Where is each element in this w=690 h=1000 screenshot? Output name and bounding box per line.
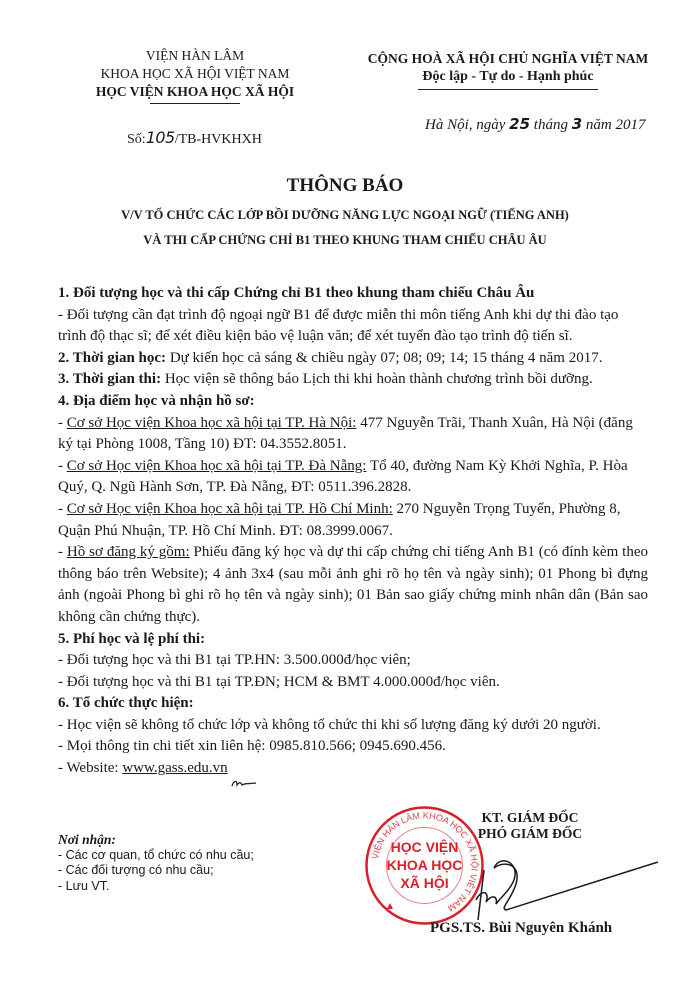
section-3: 3. Thời gian thi: Học viện sẽ thông báo … xyxy=(58,369,648,391)
doc-number-suffix: /TB-HVKHXH xyxy=(175,132,262,147)
doc-number-value: 105 xyxy=(146,128,175,147)
motto-divider xyxy=(418,89,598,90)
date-day: 25 xyxy=(509,115,530,133)
date-year: năm 2017 xyxy=(586,117,646,133)
document-title: THÔNG BÁO xyxy=(0,175,690,197)
contact-info: - Mọi thông tin chi tiết xin liên hệ: 09… xyxy=(58,736,648,758)
document-number: Số:105/TB-HVKHXH xyxy=(127,128,262,148)
issuing-agency-header: VIỆN HÀN LÂM KHOA HỌC XÃ HỘI VIỆT NAM HỌ… xyxy=(70,47,320,104)
section-3-text: Học viện sẽ thông báo Lịch thi khi hoàn … xyxy=(161,371,593,387)
fee-other: - Đối tượng học và thi B1 tại TP.ĐN; HCM… xyxy=(58,672,648,694)
section-2: 2. Thời gian học: Dự kiến học cả sáng & … xyxy=(58,348,648,370)
section-4-heading: 4. Địa điểm học và nhận hồ sơ: xyxy=(58,391,648,413)
website-line: - Website: www.gass.edu.vn xyxy=(58,758,648,780)
section-1-text: - Đối tượng cần đạt trình độ ngoại ngữ B… xyxy=(58,305,648,348)
location-danang: - Cơ sở Học viện Khoa học xã hội tại TP.… xyxy=(58,456,648,499)
date-line: Hà Nội, ngày 25 tháng 3 năm 2017 xyxy=(425,115,646,134)
signature-title-line-2: PHÓ GIÁM ĐỐC xyxy=(430,826,630,842)
section-2-heading: 2. Thời gian học: xyxy=(58,350,166,366)
signer-name: PGS.TS. Bùi Nguyên Khánh xyxy=(430,920,612,937)
website-label: - Website: xyxy=(58,760,122,776)
section-6-heading: 6. Tổ chức thực hiện: xyxy=(58,693,648,715)
agency-divider xyxy=(150,103,240,104)
section-1-heading: 1. Đối tượng học và thi cấp Chứng chỉ B1… xyxy=(58,283,648,305)
national-motto: Độc lập - Tự do - Hạnh phúc xyxy=(358,68,658,86)
implementation-note: - Học viện sẽ không tổ chức lớp và không… xyxy=(58,715,648,737)
date-month-label: tháng xyxy=(534,117,568,133)
location-hanoi: - Cơ sở Học viện Khoa học xã hội tại TP.… xyxy=(58,413,648,456)
document-body: 1. Đối tượng học và thi cấp Chứng chỉ B1… xyxy=(58,283,648,780)
recipients-block: Nơi nhận: - Các cơ quan, tổ chức có nhu … xyxy=(58,832,254,894)
location-hcm: - Cơ sở Học viện Khoa học xã hội tại TP.… xyxy=(58,499,648,542)
location-danang-label: Cơ sở Học viện Khoa học xã hội tại TP. Đ… xyxy=(67,458,367,474)
recipient-item: - Lưu VT. xyxy=(58,879,254,895)
initials-scribble-icon xyxy=(230,777,258,789)
national-header: CỘNG HOÀ XÃ HỘI CHỦ NGHĨA VIỆT NAM Độc l… xyxy=(358,50,658,90)
agency-line-1: VIỆN HÀN LÂM xyxy=(70,47,320,65)
location-hcm-label: Cơ sở Học viện Khoa học xã hội tại TP. H… xyxy=(67,501,393,517)
svg-text:XÃ HỘI: XÃ HỘI xyxy=(400,874,448,891)
national-title: CỘNG HOÀ XÃ HỘI CHỦ NGHĨA VIỆT NAM xyxy=(358,50,658,68)
svg-text:KHOA HỌC: KHOA HỌC xyxy=(387,857,463,873)
recipient-item: - Các đối tượng có nhu cầu; xyxy=(58,863,254,879)
recipient-item: - Các cơ quan, tổ chức có nhu cầu; xyxy=(58,848,254,864)
agency-line-2: KHOA HỌC XÃ HỘI VIỆT NAM xyxy=(70,65,320,83)
recipients-heading: Nơi nhận: xyxy=(58,832,254,848)
section-2-text: Dự kiến học cả sáng & chiều ngày 07; 08;… xyxy=(166,350,602,366)
application-documents-label: Hồ sơ đăng ký gồm: xyxy=(67,544,190,560)
signature-title: KT. GIÁM ĐỐC PHÓ GIÁM ĐỐC xyxy=(430,810,630,842)
handwritten-signature-icon xyxy=(470,850,660,925)
doc-number-prefix: Số: xyxy=(127,132,146,147)
application-documents: - Hồ sơ đăng ký gồm: Phiếu đăng ký học v… xyxy=(58,542,648,628)
fee-hanoi: - Đối tượng học và thi B1 tại TP.HN: 3.5… xyxy=(58,650,648,672)
document-subtitle-2: VÀ THI CẤP CHỨNG CHỈ B1 THEO KHUNG THAM … xyxy=(0,233,690,248)
date-month: 3 xyxy=(572,115,582,133)
signature-title-line-1: KT. GIÁM ĐỐC xyxy=(430,810,630,826)
document-subtitle-1: V/V TỔ CHỨC CÁC LỚP BỒI DƯỠNG NĂNG LỰC N… xyxy=(0,208,690,223)
location-hanoi-label: Cơ sở Học viện Khoa học xã hội tại TP. H… xyxy=(67,415,357,431)
agency-line-3: HỌC VIỆN KHOA HỌC XÃ HỘI xyxy=(70,83,320,101)
website-link[interactable]: www.gass.edu.vn xyxy=(122,760,227,776)
section-5-heading: 5. Phí học và lệ phí thi: xyxy=(58,629,648,651)
date-place: Hà Nội, ngày xyxy=(425,117,505,133)
section-3-heading: 3. Thời gian thi: xyxy=(58,371,161,387)
